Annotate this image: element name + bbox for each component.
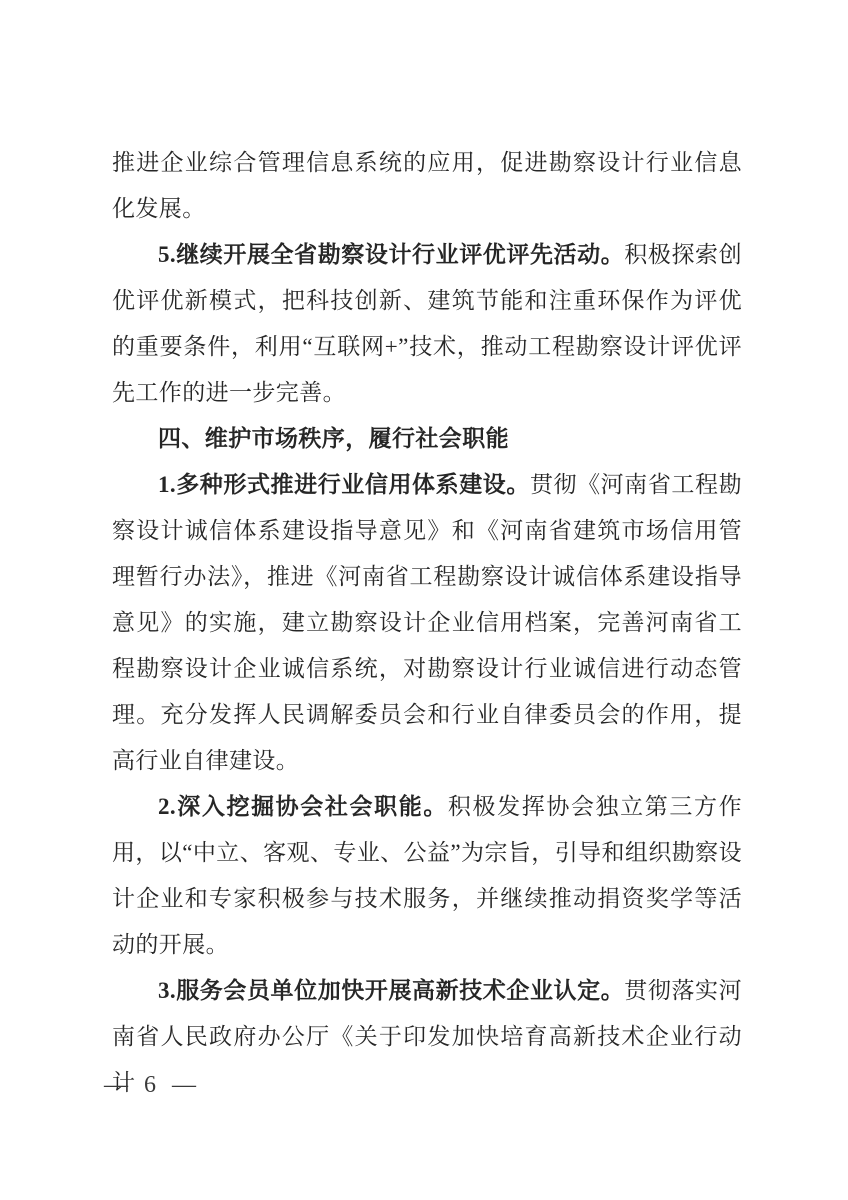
text-segment: 推进企业综合管理信息系统的应用，促进勘察设计行业信息化发展。 — [112, 150, 742, 221]
document-page: 推进企业综合管理信息系统的应用，促进勘察设计行业信息化发展。5.继续开展全省勘察… — [0, 0, 848, 1200]
page-number: — 6 — — [104, 1070, 201, 1100]
text-segment: 贯彻《河南省工程勘察设计诚信体系建设指导意见》和《河南省建筑市场信用管理暂行办法… — [112, 472, 742, 773]
paragraph: 3.服务会员单位加快开展高新技术企业认定。贯彻落实河南省人民政府办公厅《关于印发… — [112, 968, 742, 1106]
text-segment-bold: 2.深入挖掘协会社会职能。 — [158, 794, 448, 819]
paragraph: 推进企业综合管理信息系统的应用，促进勘察设计行业信息化发展。 — [112, 140, 742, 232]
paragraph: 2.深入挖掘协会社会职能。积极发挥协会独立第三方作用，以“中立、客观、专业、公益… — [112, 784, 742, 968]
document-body: 推进企业综合管理信息系统的应用，促进勘察设计行业信息化发展。5.继续开展全省勘察… — [112, 140, 742, 1106]
section-heading: 四、维护市场秩序，履行社会职能 — [112, 416, 742, 462]
text-segment-bold: 1.多种形式推进行业信用体系建设。 — [158, 472, 530, 497]
text-segment-bold: 3.服务会员单位加快开展高新技术企业认定。 — [158, 978, 624, 1003]
text-segment-bold: 四、维护市场秩序，履行社会职能 — [158, 426, 509, 451]
text-segment-bold: 5.继续开展全省勘察设计行业评优评先活动。 — [158, 242, 624, 267]
paragraph: 5.继续开展全省勘察设计行业评优评先活动。积极探索创优评优新模式，把科技创新、建… — [112, 232, 742, 416]
paragraph: 1.多种形式推进行业信用体系建设。贯彻《河南省工程勘察设计诚信体系建设指导意见》… — [112, 462, 742, 784]
